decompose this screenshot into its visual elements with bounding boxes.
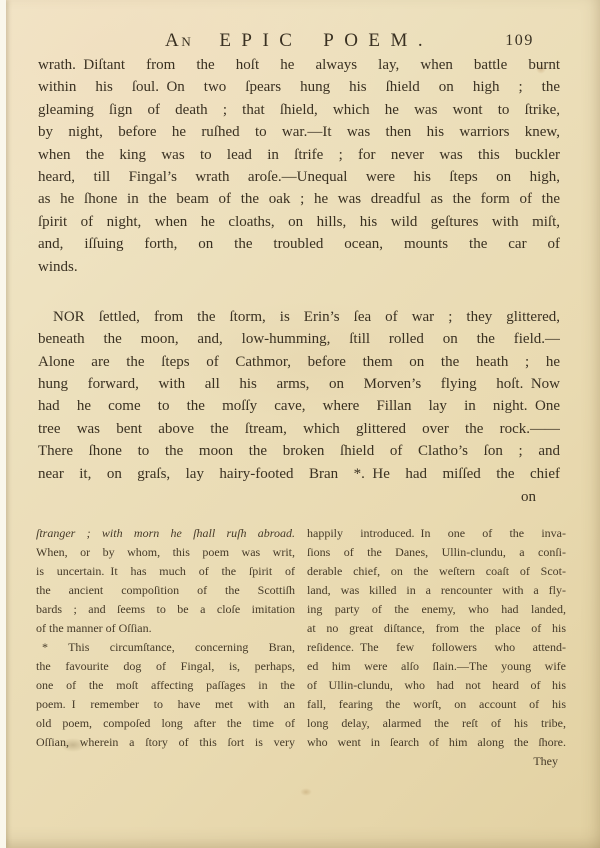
text-line: hung forward, with all his arms, on Morv… [38,373,560,395]
footnote-paragraph: * This circumſtance, concerning Bran,the… [36,638,295,752]
text-line: who went in ſearch of him along the ſhor… [307,733,566,752]
text-line: ed him were alſo ſlain.—The young wife [307,657,566,676]
text-line: one of the moſt affecting paſſages in th… [36,676,295,695]
text-line: of the manner of Oſſian. [36,619,295,638]
text-line: reſidence. The few followers who attend- [307,638,566,657]
paragraph: wrath. Diſtant from the hoſt he always l… [38,54,560,278]
text-line: tree was bent above the ſtream, which gl… [38,418,560,440]
text-line: poem. I remember to have met with an [36,695,295,714]
page-number: 109 [505,32,534,50]
running-title: AnEPIC POEM. [165,30,433,52]
text-line: at no great diſtance, from the place of … [307,619,566,638]
catchword: They [307,752,566,771]
text-line: the ancient compoſition of the Scottiſh [36,581,295,600]
text-line: happily introduced. In one of the inva- [307,524,566,543]
running-title-text: EPIC POEM. [219,30,433,51]
footnote-paragraph: happily introduced. In one of the inva-ſ… [307,524,566,752]
scan-edge-strip [0,0,6,848]
text-line: beneath the moon, and, low-humming, ſtil… [38,328,560,350]
text-line: as he ſhone in the beam of the oak ; he … [38,188,560,210]
text-line: When, or by whom, this poem was writ, [36,543,295,562]
text-line: had he come to the moſſy cave, where Fil… [38,395,560,417]
text-line: when the king was to lead in ſtrife ; fo… [38,144,560,166]
text-line: Alone are the ſteps of Cathmor, before t… [38,351,560,373]
text-line: the favourite dog of Fingal, is, perhaps… [36,657,295,676]
text-line: ſions of the Danes, Ullin-clundu, a conſ… [307,543,566,562]
main-text-block: wrath. Diſtant from the hoſt he always l… [38,54,560,508]
text-line: NOR ſettled, from the ſtorm, is Erin’s ſ… [38,306,560,328]
text-line: derable chief, on the weſtern coaſt of S… [307,562,566,581]
text-line: wrath. Diſtant from the hoſt he always l… [38,54,560,76]
text-line: bards ; and ſeems to be a cloſe imitatio… [36,600,295,619]
text-line: winds. [38,256,560,278]
text-line: * This circumſtance, concerning Bran, [36,638,295,657]
catchword: on [38,486,560,508]
footnote-paragraph: When, or by whom, this poem was writ,is … [36,543,295,638]
paragraph: NOR ſettled, from the ſtorm, is Erin’s ſ… [38,306,560,485]
text-line: There ſhone to the moon the broken ſhiel… [38,440,560,462]
text-line: ing party of the enemy, who had landed, [307,600,566,619]
book-page-scan: AnEPIC POEM. 109 wrath. Diſtant from the… [0,0,600,848]
running-header: AnEPIC POEM. 109 [40,30,558,56]
paper-stain [300,788,312,796]
text-line: is uncertain. It has much of the ſpirit … [36,562,295,581]
text-line: ſpirit of night, when he cloaths, on hil… [38,211,560,233]
text-line: gleaming ſign of death ; that ſhield, wh… [38,99,560,121]
text-line: by night, before he ruſhed to war.—It wa… [38,121,560,143]
footnote-verse-line: ſtranger ; with morn he ſhall ruſh abroa… [36,524,295,543]
text-line: Oſſian, wherein a ſtory of this ſort is … [36,733,295,752]
text-line: long delay, alarmed the reſt of his trib… [307,714,566,733]
text-line: heard, till Fingal’s wrath aroſe.—Unequa… [38,166,560,188]
text-line: of Ullin-clundu, who had not heard of hi… [307,676,566,695]
text-line: and, iſſuing forth, on the troubled ocea… [38,233,560,255]
text-line: within his ſoul. On two ſpears hung his … [38,76,560,98]
text-line: fall, fearing the worſt, on account of h… [307,695,566,714]
running-title-article: An [165,30,193,51]
text-line: land, was killed in a rencounter with a … [307,581,566,600]
footnote-section: ſtranger ; with morn he ſhall ruſh abroa… [36,524,566,771]
footnote-column-right: happily introduced. In one of the inva-ſ… [307,524,566,771]
text-line: old poem, compoſed long after the time o… [36,714,295,733]
text-line: near it, on graſs, lay hairy-footed Bran… [38,463,560,485]
footnote-column-left: ſtranger ; with morn he ſhall ruſh abroa… [36,524,295,771]
